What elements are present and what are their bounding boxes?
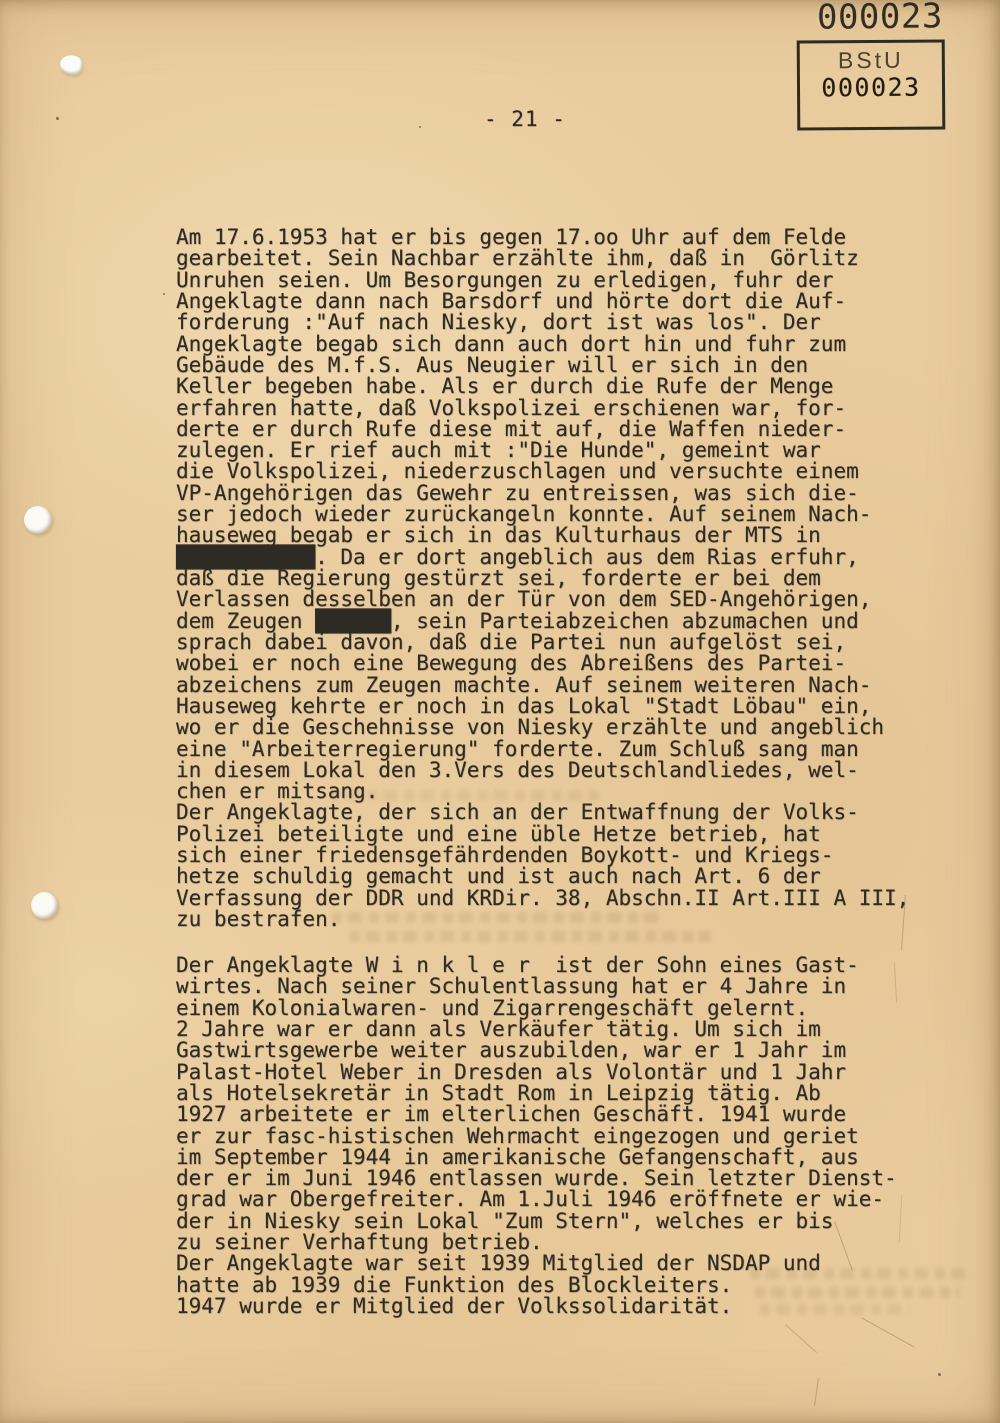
bstu-stamp-number: 000023 [800, 75, 942, 102]
bleed-through-text [755, 1287, 960, 1298]
bstu-stamp: BStU 000023 [797, 39, 946, 130]
paper-scratch [785, 1324, 817, 1353]
body-paragraph-1: Am 17.6.1953 hat er bis gegen 17.oo Uhr … [176, 227, 909, 930]
bleed-through-text [332, 912, 662, 923]
body-paragraph-2: Der Angeklagte W i n k l e r ist der Soh… [176, 955, 897, 1317]
page-number: - 21 - [484, 107, 566, 131]
dust-speck [163, 293, 165, 295]
paper-scratch [862, 1318, 915, 1348]
paper-crease [899, 1195, 903, 1243]
dust-speck [56, 117, 59, 120]
paper-tear [57, 51, 86, 79]
bleed-through-text [330, 790, 600, 801]
archive-number-stamp: 000023 [817, 0, 943, 35]
document-page: 000023 BStU 000023 - 21 - Am 17.6.1953 h… [0, 0, 1000, 1423]
bstu-stamp-label: BStU [800, 48, 942, 73]
punch-hole [24, 506, 52, 534]
paper-scratch [814, 1378, 819, 1406]
dust-speck [419, 126, 421, 128]
bleed-through-text [760, 1304, 910, 1315]
bleed-through-text [350, 931, 710, 942]
bleed-through-text [750, 1268, 965, 1279]
punch-hole [31, 892, 58, 919]
dust-speck [938, 1373, 941, 1376]
